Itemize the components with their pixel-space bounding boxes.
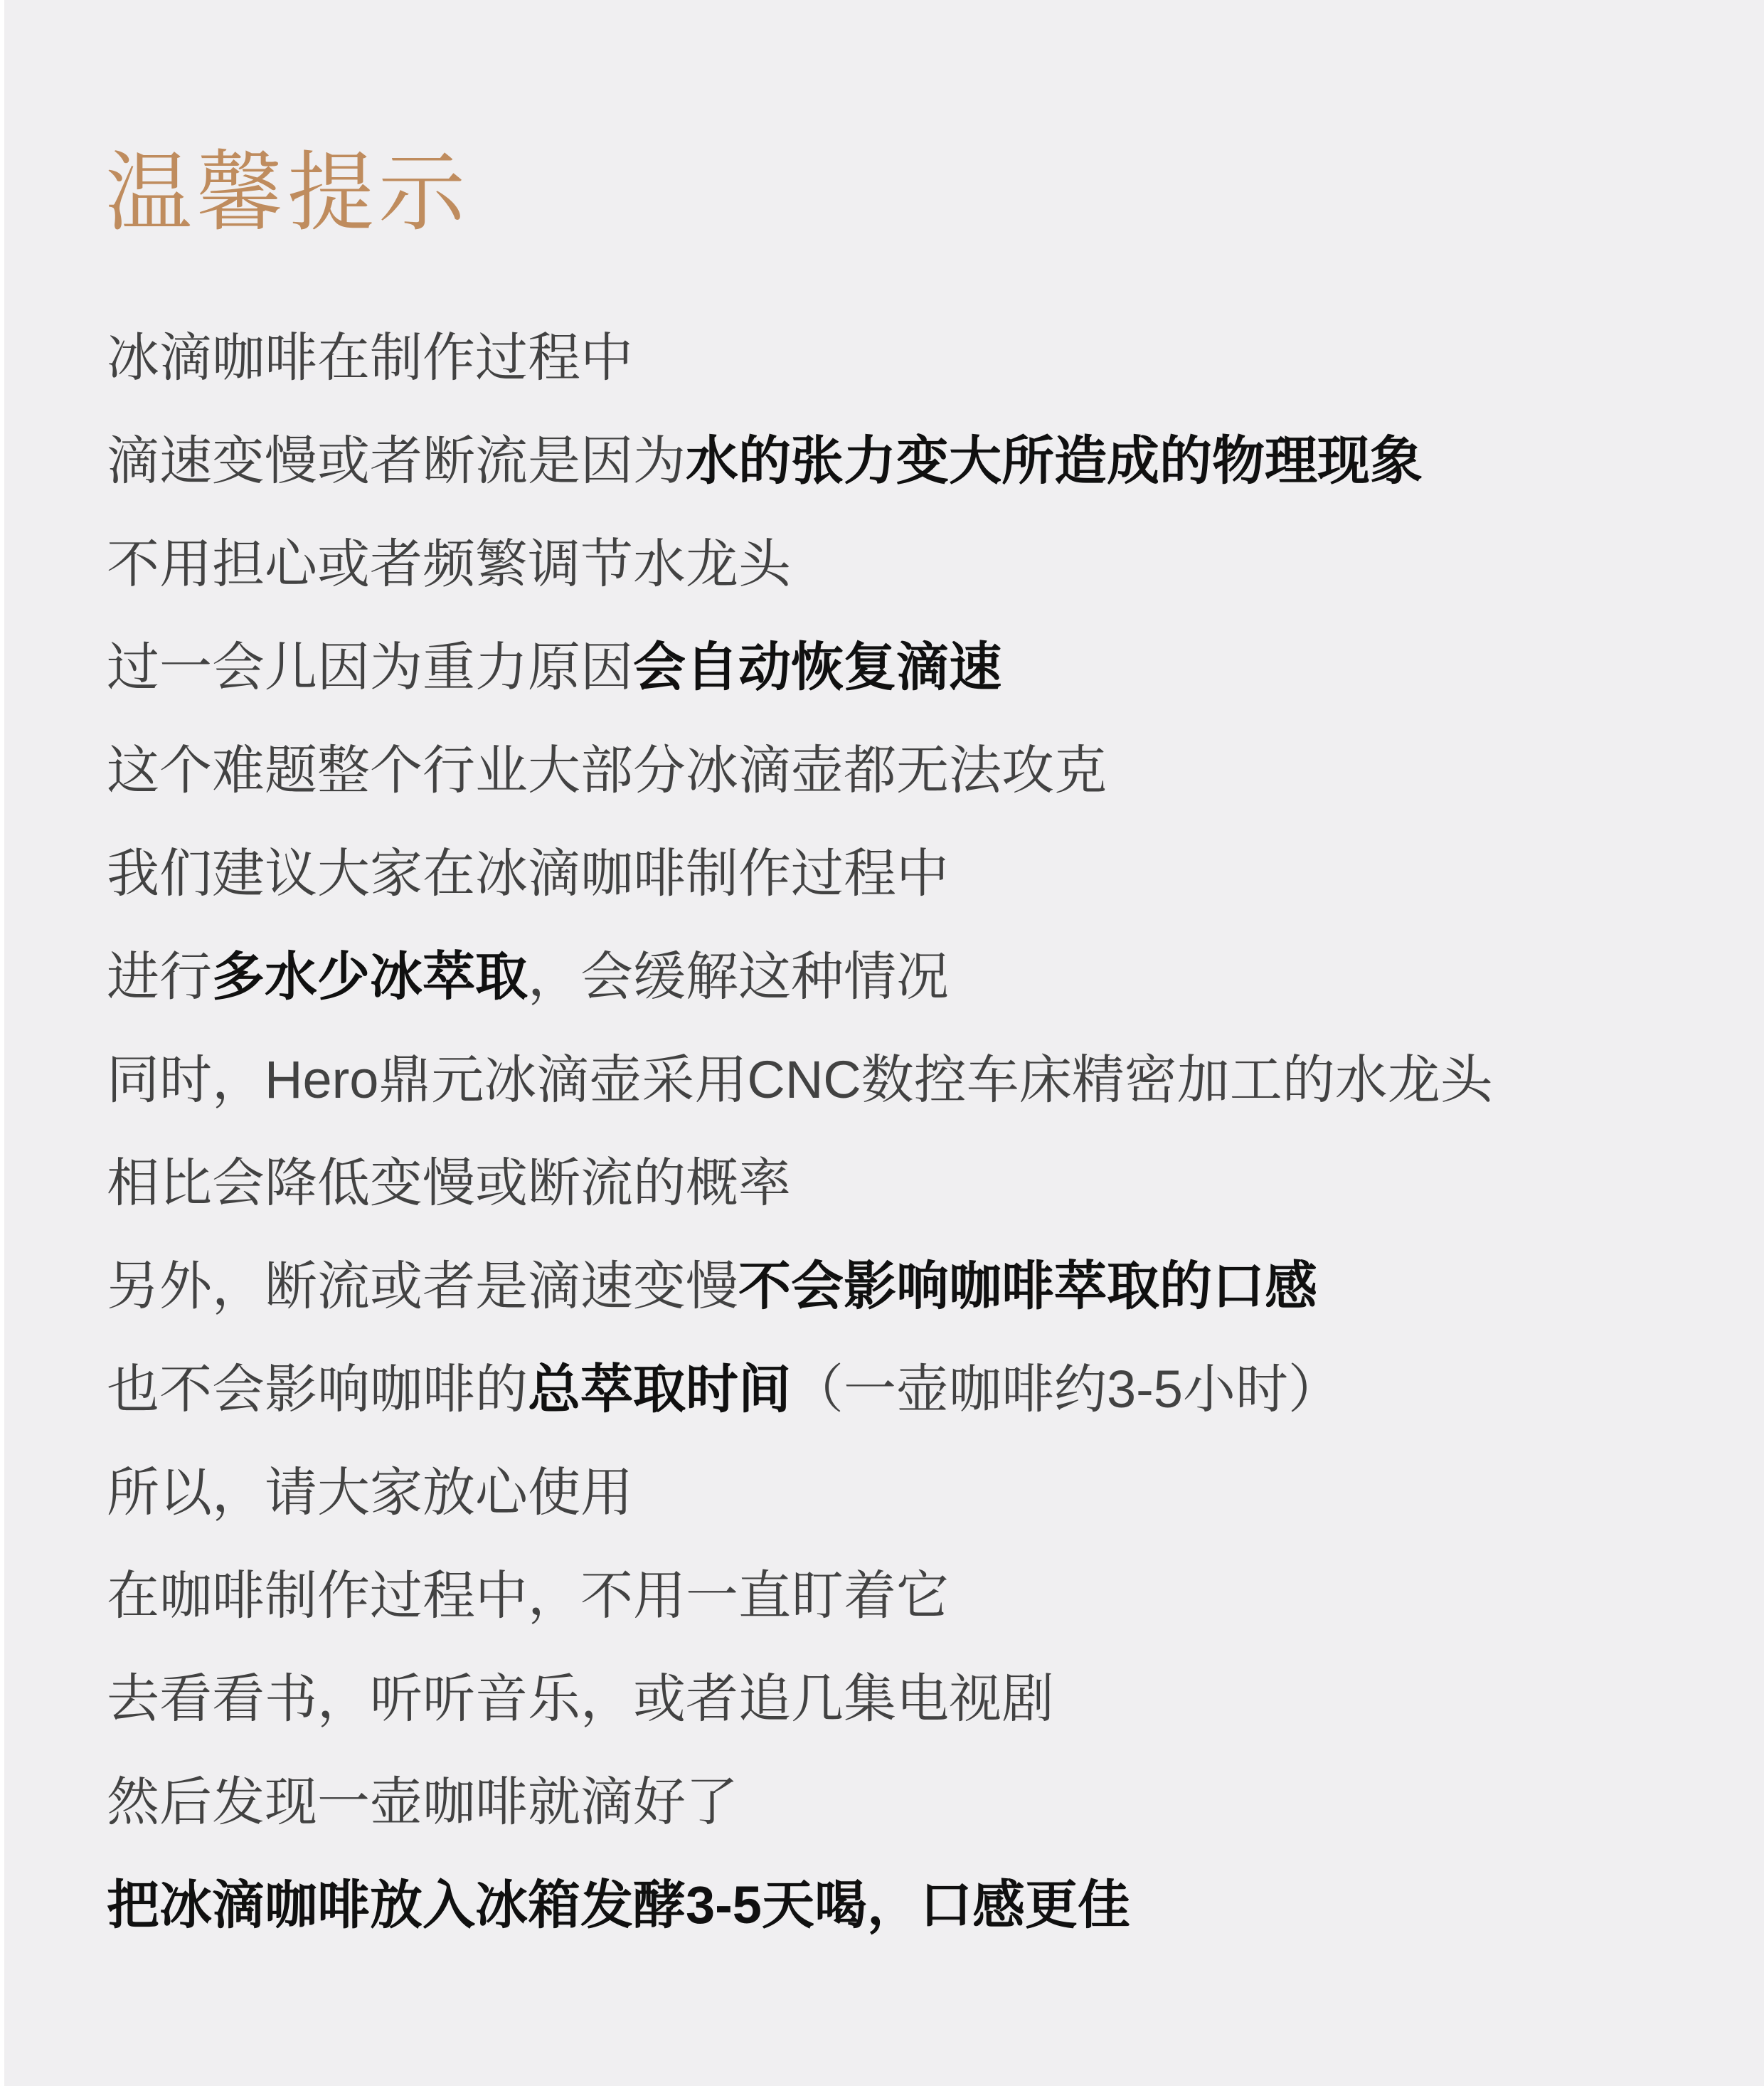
page-left-edge bbox=[0, 0, 4, 2086]
tip-line: 去看看书，听听音乐，或者追几集电视剧 bbox=[107, 1647, 1672, 1750]
tip-line: 滴速变慢或者断流是因为水的张力变大所造成的物理现象 bbox=[107, 409, 1672, 512]
tip-bold-text: 多水少冰萃取 bbox=[212, 947, 528, 1006]
warm-tips-page: 温馨提示 冰滴咖啡在制作过程中滴速变慢或者断流是因为水的张力变大所造成的物理现象… bbox=[0, 0, 1764, 2086]
tip-line: 也不会影响咖啡的总萃取时间（一壶咖啡约3-5小时） bbox=[107, 1338, 1672, 1441]
tip-text: 在咖啡制作过程中，不用一直盯着它 bbox=[107, 1566, 949, 1625]
tip-line: 过一会儿因为重力原因会自动恢复滴速 bbox=[107, 615, 1672, 719]
tip-bold-text: 会自动恢复滴速 bbox=[633, 637, 1001, 697]
tip-text: 相比会降低变慢或断流的概率 bbox=[107, 1153, 791, 1212]
tip-line: 这个难题整个行业大部分冰滴壶都无法攻克 bbox=[107, 719, 1672, 822]
tip-text: 同时，Hero鼎元冰滴壶采用CNC数控车床精密加工的水龙头 bbox=[107, 1050, 1493, 1109]
tip-line: 把冰滴咖啡放入冰箱发酵3-5天喝，口感更佳 bbox=[107, 1853, 1672, 1957]
tip-text: 滴速变慢或者断流是因为 bbox=[107, 431, 686, 490]
tip-text: 冰滴咖啡在制作过程中 bbox=[107, 328, 633, 387]
tip-bold-text: 总萃取时间 bbox=[528, 1360, 791, 1419]
tip-line: 我们建议大家在冰滴咖啡制作过程中 bbox=[107, 822, 1672, 925]
tip-line: 然后发现一壶咖啡就滴好了 bbox=[107, 1750, 1672, 1853]
tip-line: 不用担心或者频繁调节水龙头 bbox=[107, 512, 1672, 615]
tip-text: 我们建议大家在冰滴咖啡制作过程中 bbox=[107, 844, 949, 903]
tip-line: 另外，断流或者是滴速变慢不会影响咖啡萃取的口感 bbox=[107, 1234, 1672, 1338]
tip-bold-text: 把冰滴咖啡放入冰箱发酵3-5天喝，口感更佳 bbox=[107, 1875, 1130, 1934]
tip-line: 同时，Hero鼎元冰滴壶采用CNC数控车床精密加工的水龙头 bbox=[107, 1028, 1672, 1131]
tip-text: 另外，断流或者是滴速变慢 bbox=[107, 1256, 738, 1315]
tip-text: ，会缓解这种情况 bbox=[528, 947, 949, 1006]
tip-bold-text: 水的张力变大所造成的物理现象 bbox=[686, 431, 1423, 490]
tip-text: 进行 bbox=[107, 947, 212, 1006]
tip-text: 所以，请大家放心使用 bbox=[107, 1463, 633, 1522]
tip-text: 过一会儿因为重力原因 bbox=[107, 637, 633, 697]
tip-line: 在咖啡制作过程中，不用一直盯着它 bbox=[107, 1544, 1672, 1647]
tip-text: 然后发现一壶咖啡就滴好了 bbox=[107, 1772, 738, 1831]
tip-line: 冰滴咖啡在制作过程中 bbox=[107, 306, 1672, 409]
page-title: 温馨提示 bbox=[105, 141, 469, 245]
tip-bold-text: 不会影响咖啡萃取的口感 bbox=[738, 1256, 1317, 1315]
tip-text: 也不会影响咖啡的 bbox=[107, 1360, 528, 1419]
tip-text: 去看看书，听听音乐，或者追几集电视剧 bbox=[107, 1669, 1054, 1728]
tip-text: 这个难题整个行业大部分冰滴壶都无法攻克 bbox=[107, 741, 1107, 800]
tip-line: 进行多水少冰萃取，会缓解这种情况 bbox=[107, 925, 1672, 1028]
tip-line: 相比会降低变慢或断流的概率 bbox=[107, 1131, 1672, 1234]
tip-text: （一壶咖啡约3-5小时） bbox=[791, 1360, 1341, 1419]
tips-text-block: 冰滴咖啡在制作过程中滴速变慢或者断流是因为水的张力变大所造成的物理现象不用担心或… bbox=[107, 306, 1672, 1957]
tip-line: 所以，请大家放心使用 bbox=[107, 1441, 1672, 1544]
tip-text: 不用担心或者频繁调节水龙头 bbox=[107, 534, 791, 593]
